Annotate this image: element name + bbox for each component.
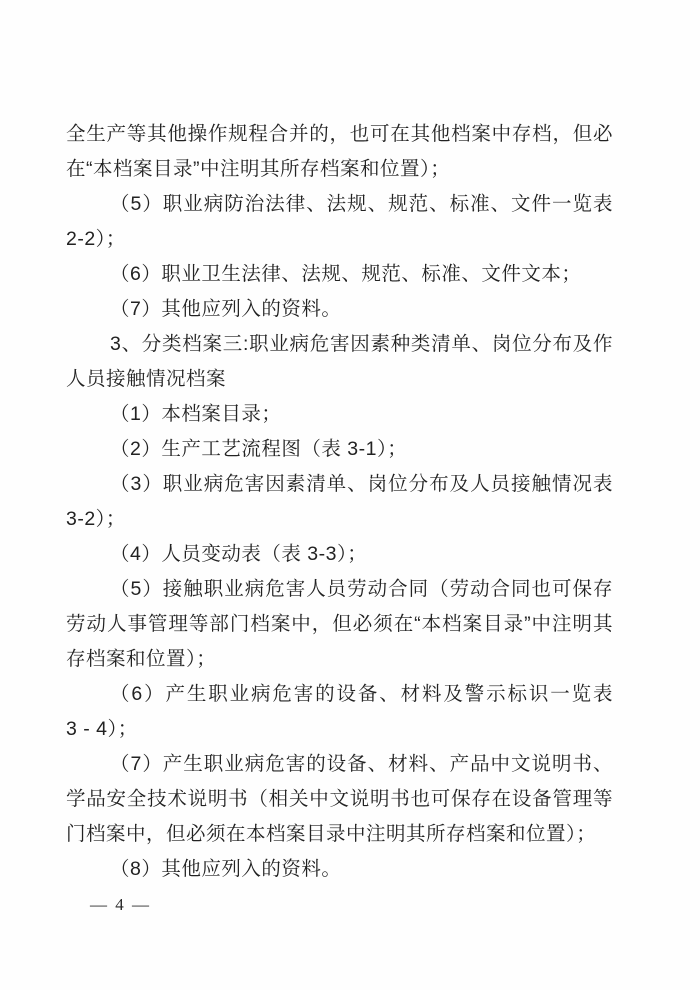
document-body: 全生产等其他操作规程合并的，也可在其他档案中存档，但必须在“本档案目录”中注明其… [66, 117, 613, 887]
text-line: （5）接触职业病危害人员劳动合同（劳动合同也可保存在 [66, 572, 613, 607]
document-page: 全生产等其他操作规程合并的，也可在其他档案中存档，但必须在“本档案目录”中注明其… [0, 0, 700, 990]
text-line: （3）职业病危害因素清单、岗位分布及人员接触情况表（表 [66, 467, 613, 502]
text-line: 人员接触情况档案 [66, 362, 613, 397]
text-line: （7）产生职业病危害的设备、材料、产品中文说明书、化 [66, 747, 613, 782]
text-line: 2-2）； [66, 222, 613, 257]
page-number: — 4 — [90, 895, 151, 915]
text-line: 3 - 4）； [66, 712, 613, 747]
text-line: 门档案中，但必须在本档案目录中注明其所存档案和位置）； [66, 817, 613, 852]
text-line: 在“本档案目录”中注明其所存档案和位置）； [66, 152, 613, 187]
text-line: （6）产生职业病危害的设备、材料及警示标识一览表（表 [66, 677, 613, 712]
text-line: （4）人员变动表（表 3-3）； [66, 537, 613, 572]
text-line: 3-2）； [66, 502, 613, 537]
text-line: 劳动人事管理等部门档案中，但必须在“本档案目录”中注明其所 [66, 607, 613, 642]
text-line: （8）其他应列入的资料。 [66, 852, 613, 887]
text-line: （1）本档案目录； [66, 397, 613, 432]
text-line: （6）职业卫生法律、法规、规范、标准、文件文本； [66, 257, 613, 292]
text-line: （2）生产工艺流程图（表 3-1）； [66, 432, 613, 467]
text-line: （7）其他应列入的资料。 [66, 292, 613, 327]
text-line: 存档案和位置）； [66, 642, 613, 677]
text-line: 学品安全技术说明书（相关中文说明书也可保存在设备管理等部 [66, 782, 613, 817]
text-line: （5）职业病防治法律、法规、规范、标准、文件一览表（表 [66, 187, 613, 222]
text-line: 全生产等其他操作规程合并的，也可在其他档案中存档，但必须 [66, 117, 613, 152]
text-line: 3、分类档案三:职业病危害因素种类清单、岗位分布及作业 [66, 327, 613, 362]
